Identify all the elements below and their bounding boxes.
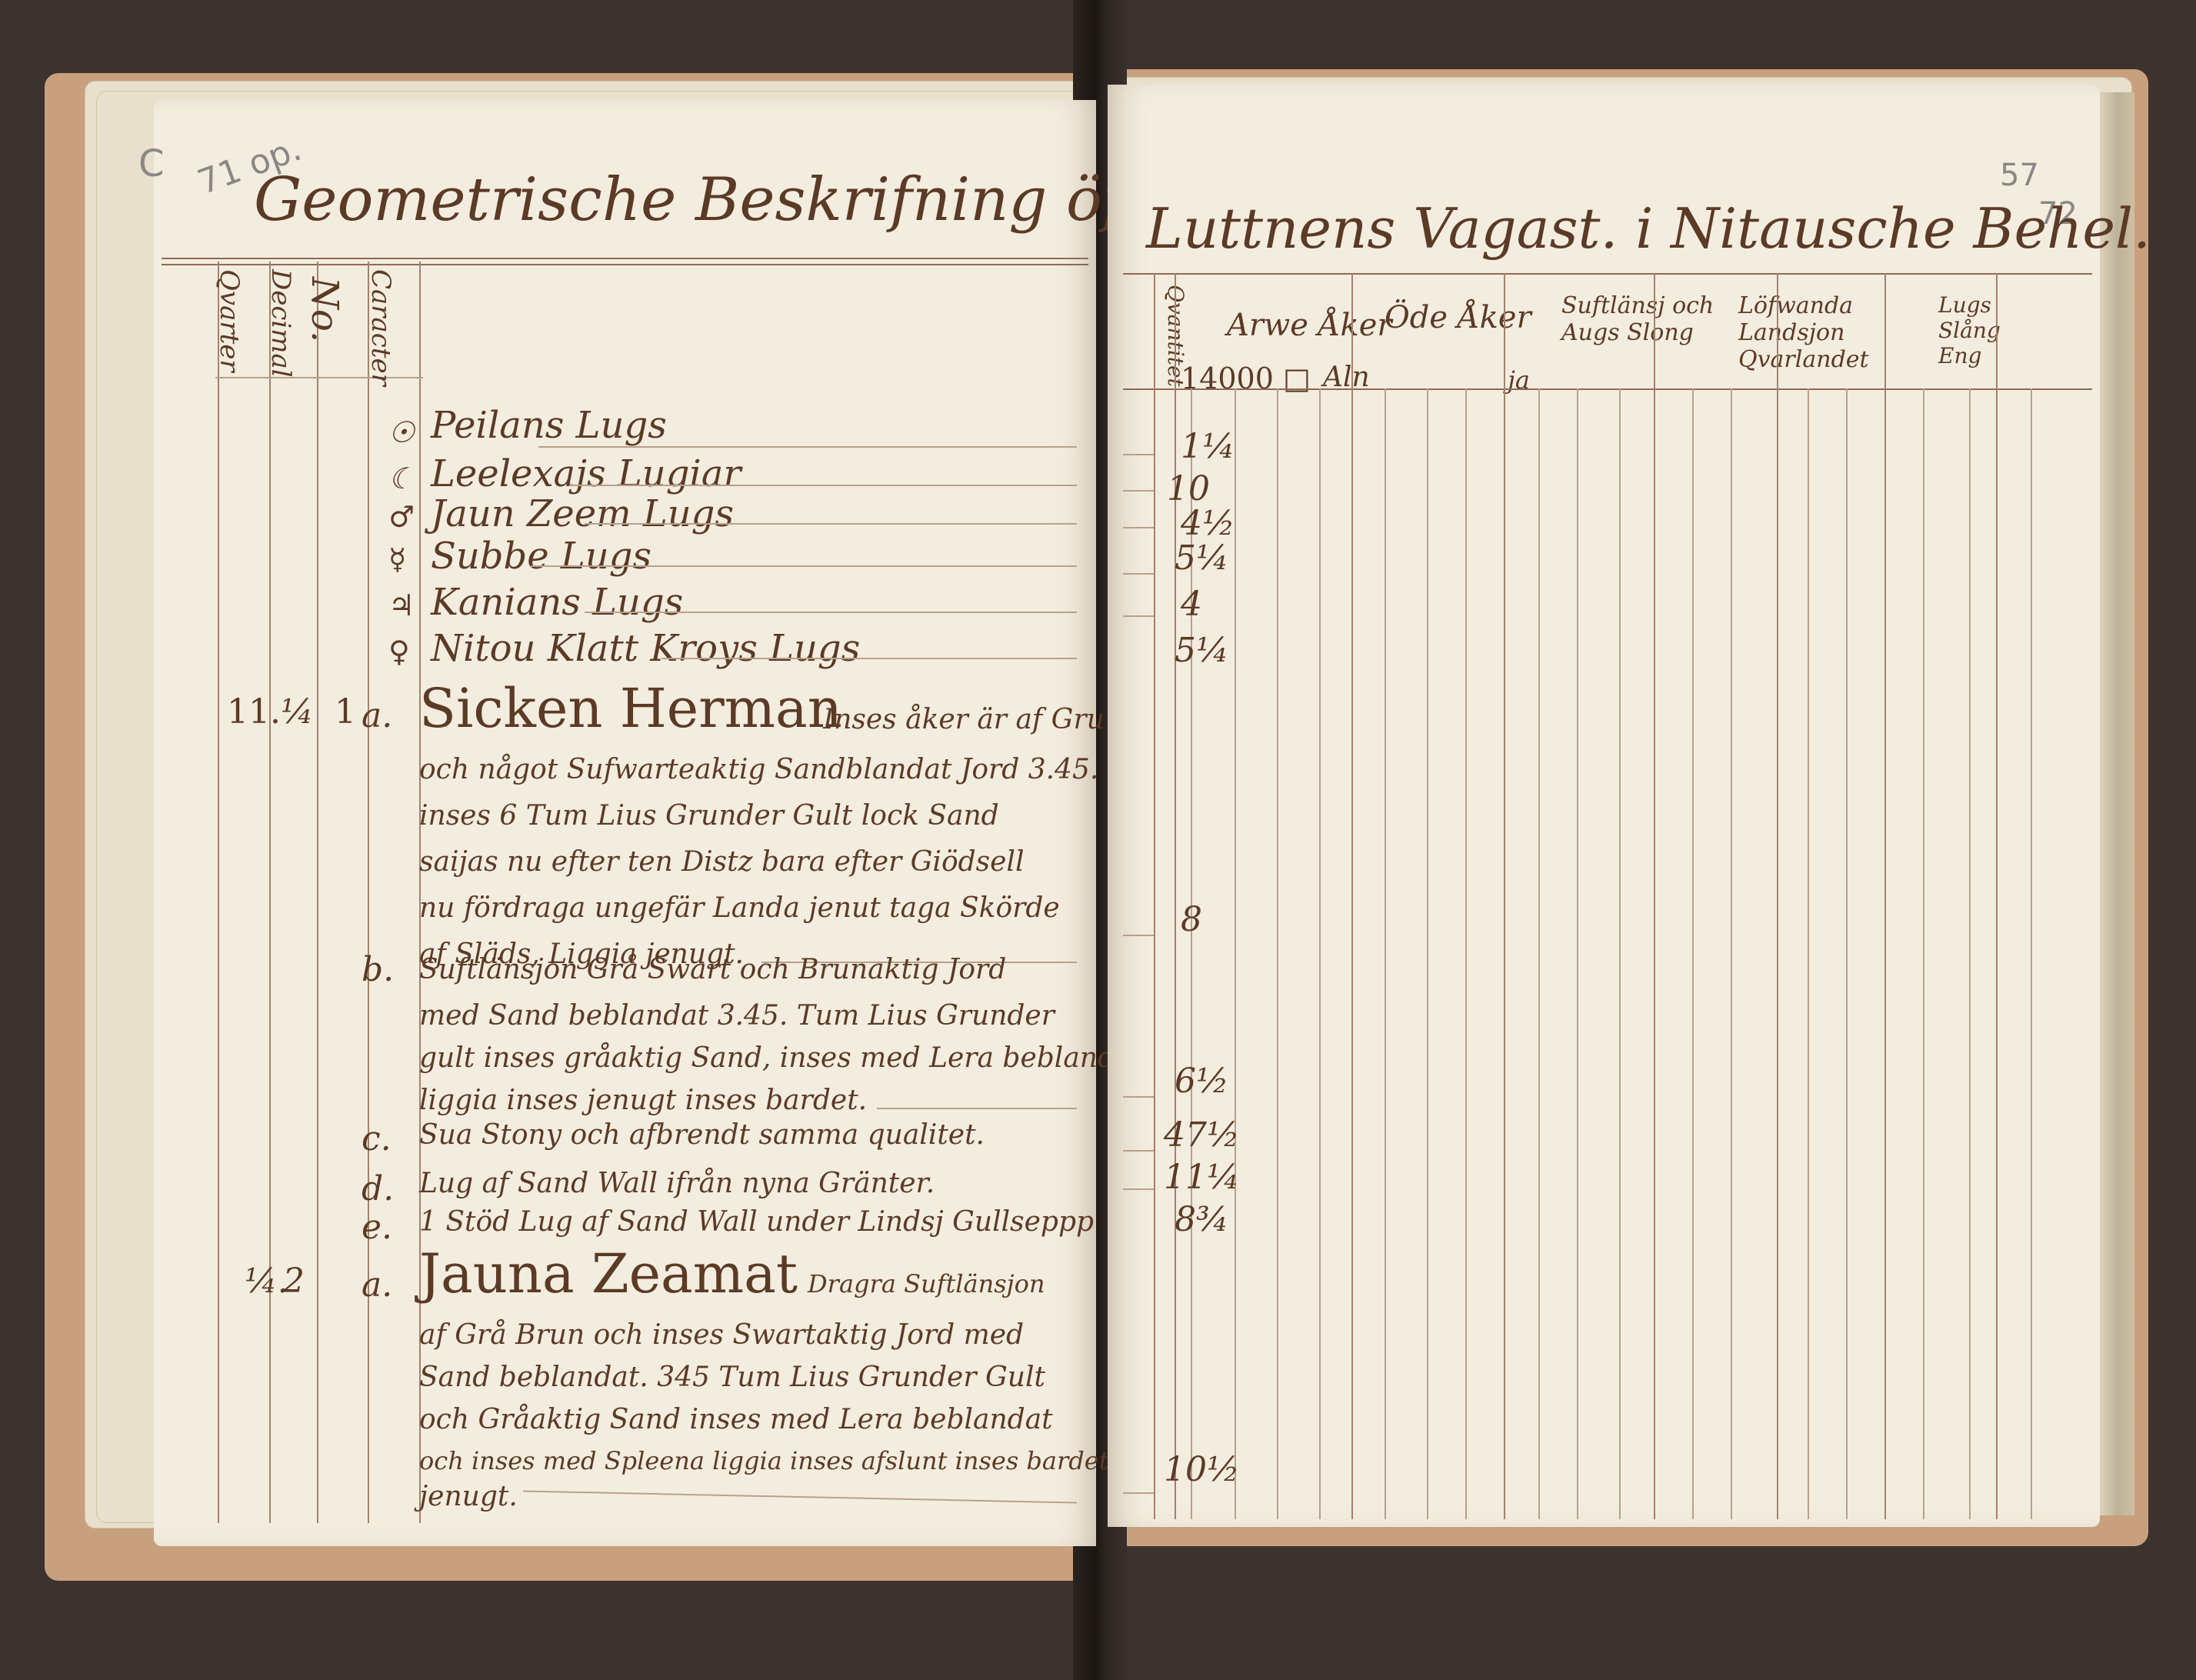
entry-letter: b. bbox=[362, 950, 394, 989]
col-rule bbox=[1808, 388, 1809, 1519]
col-header-qvarter: Qvarter bbox=[214, 269, 245, 372]
entry-text-line: 1 Stöd Lug af Sand Wall under Lindsj Gul… bbox=[419, 1206, 1094, 1238]
legend-item: Leelexajs Lugiar bbox=[431, 452, 741, 495]
quantity-value: 47½ bbox=[1164, 1115, 1240, 1155]
entry-decimal: ¼ bbox=[281, 692, 314, 732]
row-tick bbox=[1123, 615, 1154, 617]
entry-owner-name: Jauna Zeamat bbox=[419, 1242, 798, 1305]
entry-text-line: inses 6 Tum Lius Grunder Gult lock Sand bbox=[419, 800, 999, 832]
mars-symbol-icon: ♂ bbox=[388, 500, 415, 534]
col-rule bbox=[1277, 388, 1278, 1519]
entry-text-line: Lug af Sand Wall ifrån nyna Gränter. bbox=[419, 1168, 935, 1199]
col-rule bbox=[1385, 388, 1386, 1519]
title-rule-left-2 bbox=[162, 264, 1088, 265]
quantity-value: 4½ bbox=[1181, 504, 1235, 543]
quantity-value: 10½ bbox=[1164, 1450, 1240, 1489]
col-rule bbox=[1427, 388, 1428, 1519]
quantity-value: 1¼ bbox=[1181, 427, 1235, 466]
col-rule bbox=[2031, 388, 2032, 1519]
col-header-number: No. bbox=[303, 277, 346, 342]
col-rule bbox=[1154, 273, 1155, 1519]
col-header-caracter: Caracter bbox=[365, 269, 396, 386]
header-bottom-rule bbox=[1123, 388, 2092, 390]
row-tick bbox=[1123, 490, 1154, 492]
col-rule bbox=[1175, 273, 1176, 1519]
entry-decimal: 2 bbox=[283, 1262, 305, 1301]
entry-text-line: liggia inses jenugt inses bardet. bbox=[419, 1085, 867, 1116]
legend-item: Nitou Klatt Kroys Lugs bbox=[431, 627, 860, 670]
quantity-value: 8 bbox=[1181, 900, 1202, 939]
col-rule bbox=[1319, 388, 1321, 1519]
entry-qvarter: 11. bbox=[227, 692, 281, 732]
col-rule bbox=[317, 262, 318, 1523]
sun-symbol-icon: ☉ bbox=[388, 415, 415, 449]
quantity-value: 10 bbox=[1167, 469, 1210, 508]
entry-owner-name: Sicken Herman bbox=[419, 677, 842, 740]
page-edges-right bbox=[2100, 92, 2134, 1515]
entry-text-line: Sua Stony och afbrendt samma qualitet. bbox=[419, 1119, 985, 1151]
entry-text-line: Dragra Suftlänsjon bbox=[808, 1269, 1045, 1298]
legend-item: Jaun Zeem Lugs bbox=[431, 492, 734, 535]
entry-text-line: Suftlänsjon Grå Swart och Brunaktig Jord bbox=[419, 954, 1006, 985]
col-rule bbox=[368, 262, 369, 1523]
col-rule bbox=[1504, 273, 1505, 1519]
entry-text-line: jenugt. bbox=[419, 1481, 518, 1512]
col-rule bbox=[269, 262, 271, 1523]
col-rule bbox=[1846, 388, 1848, 1519]
legend-item: Peilans Lugs bbox=[431, 404, 667, 447]
col-rule bbox=[1654, 273, 1655, 1519]
jupiter-symbol-icon: ♃ bbox=[388, 588, 415, 622]
legend-leader bbox=[569, 485, 1077, 486]
col-header-arwe-aker: Arwe Åker bbox=[1227, 308, 1392, 343]
entry-text-line: med Sand beblandat 3.45. Tum Lius Grunde… bbox=[419, 1000, 1055, 1032]
col-header-lugs-slang: Lugs Slång Eng bbox=[1938, 292, 2031, 368]
title-rule-left bbox=[162, 258, 1088, 259]
entry-qvarter: ¼. bbox=[245, 1262, 288, 1301]
col-rule bbox=[218, 262, 219, 1523]
title-rule-right bbox=[1123, 273, 2092, 275]
venus-symbol-icon: ♀ bbox=[388, 635, 410, 668]
row-tick bbox=[1123, 527, 1154, 528]
folio-pencil-right: 57 bbox=[2000, 158, 2039, 193]
row-tick bbox=[1123, 573, 1154, 575]
quantity-value: 4 bbox=[1181, 585, 1202, 624]
row-tick bbox=[1123, 1188, 1154, 1190]
row-tick bbox=[1123, 935, 1154, 936]
legend-leader bbox=[585, 523, 1077, 525]
col-rule bbox=[1619, 388, 1621, 1519]
quantity-value: 5¼ bbox=[1175, 538, 1229, 578]
moon-symbol-icon: ☾ bbox=[388, 462, 415, 495]
col-rule bbox=[1351, 273, 1353, 1519]
quantity-value: 8¾ bbox=[1175, 1200, 1229, 1239]
col-rule bbox=[1577, 388, 1578, 1519]
entry-letter: a. bbox=[362, 1265, 392, 1305]
entry-letter: c. bbox=[362, 1119, 392, 1158]
entry-text-line: och något Sufwarteaktig Sandblandat Jord… bbox=[419, 754, 1158, 785]
legend-leader bbox=[585, 612, 1077, 613]
quantity-value: 11¼ bbox=[1164, 1158, 1240, 1197]
entry-end-rule bbox=[877, 1108, 1077, 1109]
page-title-right: Luttnens Vagast. i Nitausche Behel. bbox=[1146, 196, 2151, 261]
page-title-left: Geometrische Beskrifning öfwer bbox=[254, 165, 1240, 235]
entry-text-line: saijas nu efter ten Distz bara efter Giö… bbox=[419, 846, 1024, 878]
col-rule bbox=[1884, 273, 1886, 1519]
col-rule bbox=[1969, 388, 1971, 1519]
row-tick bbox=[1123, 454, 1154, 455]
row-tick bbox=[1123, 1096, 1154, 1098]
col-rule bbox=[1465, 388, 1467, 1519]
row-tick bbox=[1123, 1150, 1154, 1152]
entry-text-line: gult inses gråaktig Sand, inses med Lera… bbox=[419, 1042, 1126, 1074]
legend-item: Kanians Lugs bbox=[431, 581, 683, 624]
entry-text-line: Inses åker är af Gru bbox=[823, 704, 1105, 735]
entry-number: 1 bbox=[335, 692, 356, 732]
area-total: 14000 □ bbox=[1181, 362, 1311, 395]
entry-letter: a. bbox=[362, 696, 392, 735]
entry-letter: d. bbox=[362, 1169, 394, 1208]
entry-text-line: och Gråaktig Sand inses med Lera bebland… bbox=[419, 1404, 1053, 1435]
legend-item: Subbe Lugs bbox=[431, 535, 651, 578]
col-rule bbox=[1731, 388, 1732, 1519]
col-rule bbox=[1777, 273, 1778, 1519]
quantity-value: 6½ bbox=[1175, 1062, 1229, 1101]
col-rule bbox=[1923, 388, 1924, 1519]
legend-leader bbox=[531, 565, 1077, 567]
entry-text-line: Sand beblandat. 345 Tum Lius Grunder Gul… bbox=[419, 1362, 1045, 1393]
col-header-ode-aker: Öde Åker bbox=[1385, 300, 1531, 335]
header-mark: ja bbox=[1508, 365, 1530, 395]
entry-letter: e. bbox=[362, 1208, 392, 1247]
quantity-value: 5¼ bbox=[1175, 631, 1229, 670]
legend-leader bbox=[538, 446, 1077, 448]
mercury-symbol-icon: ☿ bbox=[388, 542, 406, 576]
col-rule bbox=[1996, 273, 1998, 1519]
entry-text-line: nu fördraga ungefär Landa jenut taga Skö… bbox=[419, 892, 1060, 924]
col-rule bbox=[1538, 388, 1540, 1519]
col-rule bbox=[1692, 388, 1694, 1519]
entry-text-line: af Grå Brun och inses Swartaktig Jord me… bbox=[419, 1319, 1024, 1351]
legend-leader bbox=[661, 658, 1077, 659]
row-tick bbox=[1123, 1492, 1154, 1494]
edge-pencil-mark: C bbox=[138, 142, 165, 185]
col-header-decimal: Decimal bbox=[265, 269, 296, 378]
col-rule bbox=[1235, 388, 1236, 1519]
col-header-lofwanda: Löfwanda Landsjon Qvarlandet bbox=[1738, 292, 1938, 373]
entry-text-line: och inses med Spleena liggia inses afslu… bbox=[419, 1446, 1161, 1475]
